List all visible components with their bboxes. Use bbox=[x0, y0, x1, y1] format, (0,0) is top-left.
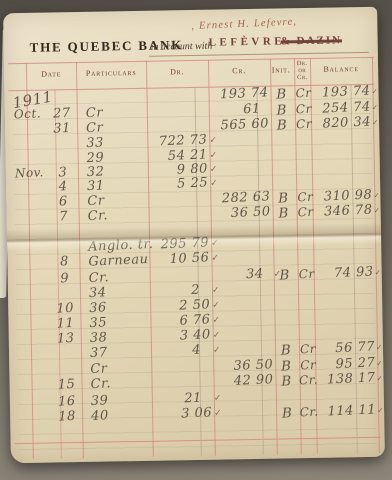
debit-check-icon: ✓ bbox=[212, 315, 220, 325]
ledger-row: 10362 50✓ bbox=[8, 305, 382, 312]
column-header-dr-or-cr: Dr. or Cr. bbox=[293, 60, 311, 81]
ledger-row: Anglo. tr.295 79✓ bbox=[7, 243, 381, 250]
debit-check-icon: ✓ bbox=[214, 393, 222, 403]
cell-date-day: 6 bbox=[51, 194, 76, 210]
cell-date-day: 7 bbox=[51, 209, 76, 225]
cell-date-day: 27 bbox=[50, 106, 75, 122]
column-header-balance: Balance bbox=[310, 64, 372, 74]
cell-particulars: Cr bbox=[90, 361, 108, 377]
ledger-row: 11356 76✓ bbox=[9, 320, 383, 327]
handwritten-entries-layer: 1911193 74BCr193 74✓Oct.27Cr61BCr254 74✓… bbox=[3, 7, 377, 14]
cell-particulars: Cr bbox=[86, 120, 104, 136]
photo-backdrop: , Ernest H. Lefevre, THE QUEBEC BANK in … bbox=[0, 0, 392, 480]
debit-check-icon: ✓ bbox=[211, 238, 219, 248]
column-header-particulars: Particulars bbox=[76, 68, 146, 78]
debit-check-icon: ✓ bbox=[214, 408, 222, 418]
debit-check-icon: ✓ bbox=[210, 178, 218, 188]
ledger-row: 7Cr.36 50BCr346 78✓ bbox=[7, 213, 381, 220]
debit-check-icon: ✓ bbox=[211, 253, 219, 263]
ledger-row: Cr36 50BCr95 27✓ bbox=[9, 366, 383, 373]
balance-check-icon: ✓ bbox=[376, 343, 383, 352]
footer-rule bbox=[15, 437, 381, 444]
debit-check-icon: ✓ bbox=[212, 300, 220, 310]
balance-check-icon: ✓ bbox=[372, 103, 379, 112]
ledger-row: 33722 73✓ bbox=[5, 140, 379, 147]
cell-date-day: 4 bbox=[51, 179, 76, 195]
column-header-dr: Dr. bbox=[146, 67, 208, 77]
cell-particulars: Cr. bbox=[90, 376, 111, 392]
ledger-row: 4315 25✓ bbox=[6, 183, 380, 190]
balance-check-icon: ✓ bbox=[376, 359, 383, 368]
dr-or-cr-line3: Cr. bbox=[293, 74, 311, 81]
ledger-row: 8Garneau10 56✓ bbox=[7, 258, 381, 265]
cell-particulars: Cr bbox=[86, 105, 104, 121]
account-holder-name: LEFÈVRE bbox=[209, 35, 286, 48]
balance-check-icon: ✓ bbox=[377, 406, 384, 415]
cell-date-day: 18 bbox=[55, 409, 80, 425]
balance-check-icon: ✓ bbox=[373, 191, 380, 200]
balance-check-icon: ✓ bbox=[376, 374, 383, 383]
ledger-row: 31Cr565 60BCr820 34✓ bbox=[5, 125, 379, 132]
debit-check-icon: ✓ bbox=[209, 150, 217, 160]
cell-date-month: Nov. bbox=[15, 165, 44, 180]
ledger-row: 15Cr.42 90BCr.138 17✓ bbox=[10, 381, 384, 388]
balance-check-icon: ✓ bbox=[371, 87, 378, 96]
cell-date-day: 13 bbox=[53, 331, 78, 347]
ledger-row: 13383 40✓ bbox=[9, 335, 383, 342]
column-rule bbox=[26, 63, 34, 459]
ledger-page: , Ernest H. Lefevre, THE QUEBEC BANK in … bbox=[3, 7, 385, 463]
cell-date-day: 11 bbox=[53, 316, 78, 332]
column-header-date: Date bbox=[26, 69, 76, 79]
ledger-row: Oct.27Cr61BCr254 74✓ bbox=[5, 110, 379, 117]
debit-check-icon: ✓ bbox=[212, 285, 220, 295]
ledger-row: 1911193 74BCr193 74✓ bbox=[5, 94, 379, 101]
ledger-row: 374✓BCr56 77✓ bbox=[9, 350, 383, 357]
debit-check-icon: ✓ bbox=[210, 164, 218, 174]
ledger-row: 163921✓ bbox=[10, 398, 384, 405]
cell-date-day: 8 bbox=[52, 254, 77, 270]
column-rule bbox=[372, 57, 380, 453]
balance-check-icon: ✓ bbox=[373, 206, 380, 215]
ledger-row: 6Cr282 63BCr310 98✓ bbox=[6, 198, 380, 205]
cell-date-day: 9 bbox=[52, 271, 77, 287]
debit-check-icon: ✓ bbox=[213, 345, 221, 355]
ledger-row: 342✓ bbox=[8, 290, 382, 297]
ledger-row: 9Cr.34✓BCr74 93✓ bbox=[8, 275, 382, 282]
balance-check-icon: ✓ bbox=[374, 268, 381, 277]
column-header-cr: Cr. bbox=[208, 66, 270, 76]
owner-name-stamp: , Ernest H. Lefevre, bbox=[191, 14, 351, 32]
cell-date-day: 16 bbox=[55, 394, 80, 410]
balance-check-icon: ✓ bbox=[372, 118, 379, 127]
cell-particulars: Cr. bbox=[87, 208, 108, 224]
cell-debit-amount: 4 bbox=[101, 343, 202, 362]
ledger-row: Nov.3329 80✓ bbox=[6, 169, 380, 176]
header-top-rule bbox=[8, 57, 374, 64]
cell-date-month: Oct. bbox=[14, 106, 42, 121]
column-header-init: Init. bbox=[268, 65, 294, 74]
ledger-row: 18403 06✓BCr.114 11✓ bbox=[10, 413, 384, 420]
cell-particulars: Cr bbox=[87, 193, 105, 209]
cell-date-day: 31 bbox=[50, 121, 75, 137]
in-account-with-label: in account with bbox=[151, 41, 213, 53]
struck-out-partner-name: & DAZIN bbox=[281, 34, 343, 47]
debit-check-icon: ✓ bbox=[209, 135, 217, 145]
cell-date-day: 10 bbox=[53, 301, 78, 317]
cell-particulars: Cr. bbox=[88, 270, 109, 286]
debit-check-icon: ✓ bbox=[213, 330, 221, 340]
cell-date-day: 15 bbox=[54, 377, 79, 393]
ledger-row: 2954 21✓ bbox=[6, 155, 380, 162]
